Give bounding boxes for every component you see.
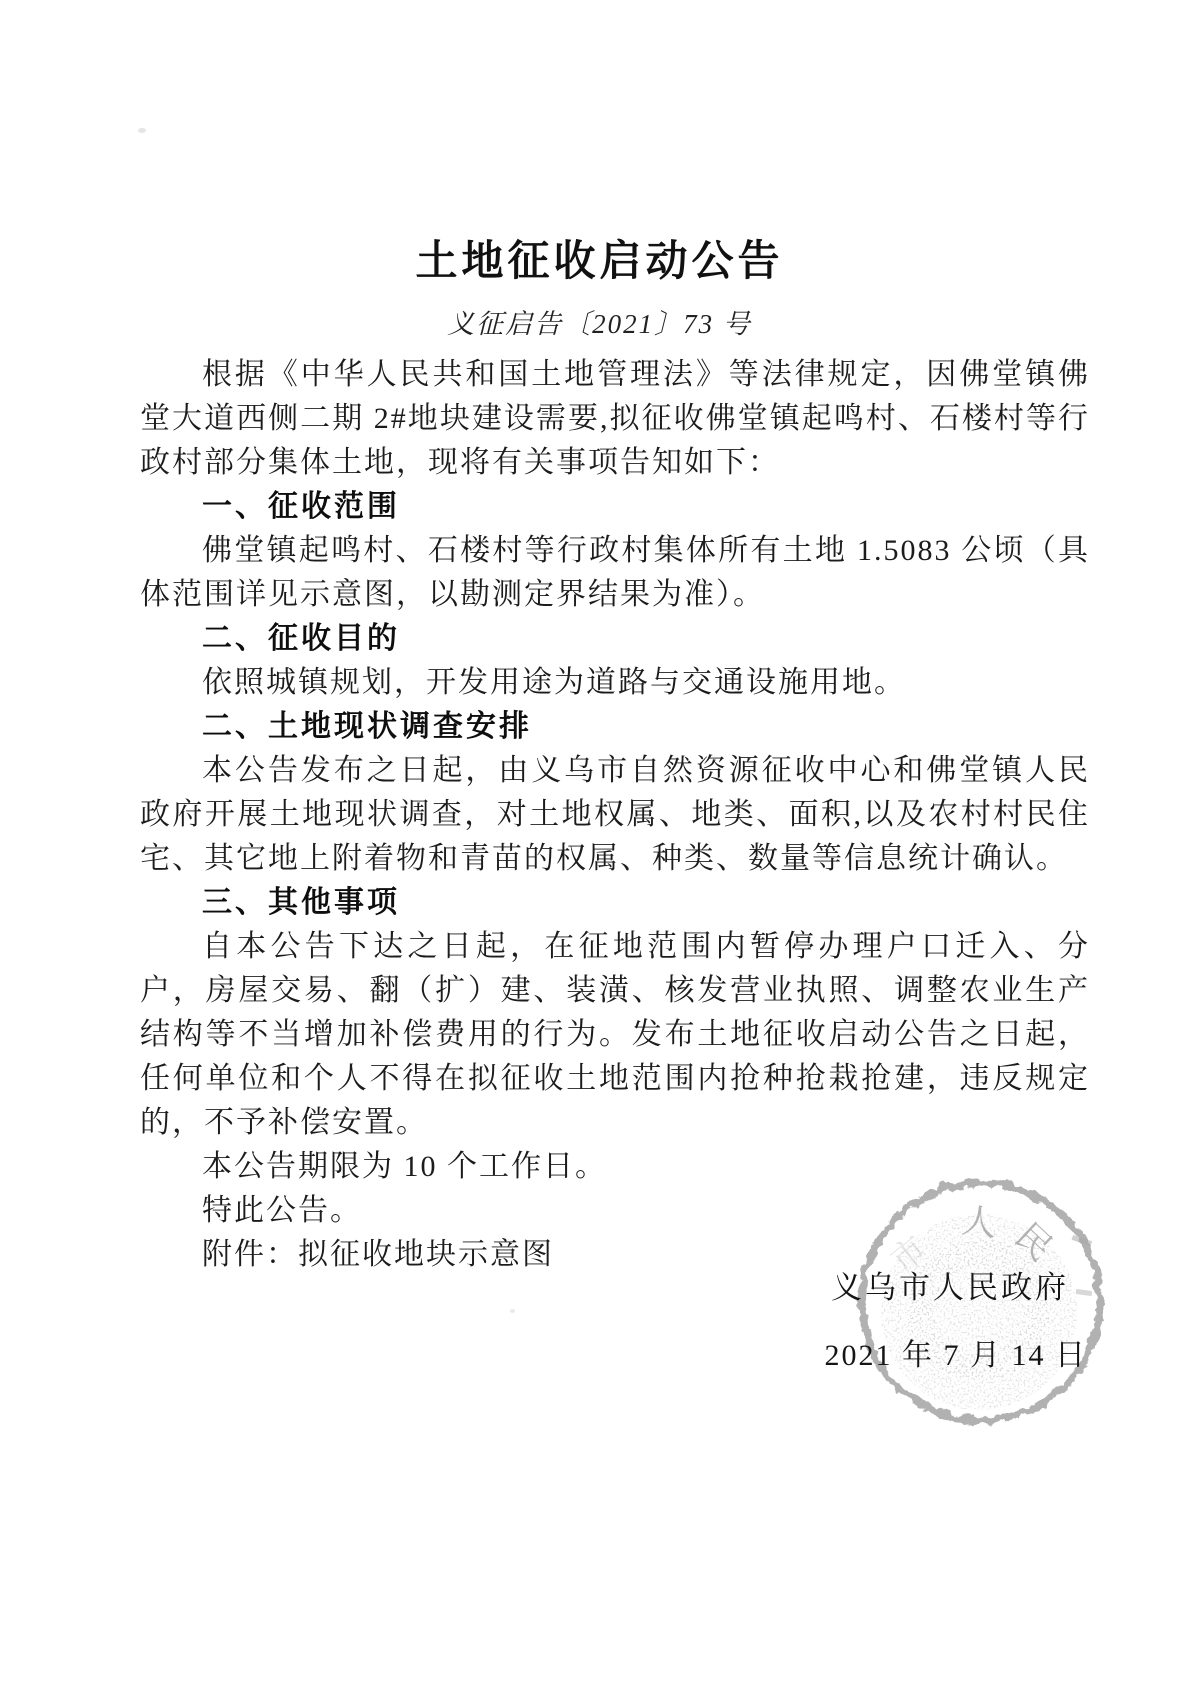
paragraph-other-matters: 自本公告下达之日起，在征地范围内暂停办理户口迁入、分户，房屋交易、翻（扩）建、装… — [140, 925, 1090, 1145]
paragraph-survey: 本公告发布之日起，由义乌市自然资源征收中心和佛堂镇人民政府开展土地现状调查，对土… — [140, 749, 1090, 881]
seal-arc-char-ren: 人 — [959, 1201, 999, 1244]
section-heading-2: 二、征收目的 — [140, 617, 1090, 661]
issue-date: 2021 年 7 月 14 日 — [825, 1330, 1088, 1374]
seal-smudge-2 — [1076, 1289, 1093, 1296]
document-number: 义征启告〔2021〕73 号 — [0, 307, 1199, 341]
section-heading-3: 二、土地现状调查安排 — [140, 705, 1090, 749]
document-page: 土地征收启动公告 义征启告〔2021〕73 号 根据《中华人民共和国土地管理法》… — [0, 0, 1199, 1696]
scan-speck — [510, 1309, 515, 1313]
document-body: 根据《中华人民共和国土地管理法》等法律规定，因佛堂镇佛堂大道西侧二期 2#地块建… — [140, 353, 1090, 1277]
section-heading-1: 一、征收范围 — [140, 485, 1090, 529]
issuer-signature: 义乌市人民政府 — [831, 1262, 1069, 1307]
scan-speck — [138, 128, 146, 133]
paragraph-purpose: 依照城镇规划，开发用途为道路与交通设施用地。 — [140, 661, 1090, 705]
page-title: 土地征收启动公告 — [0, 235, 1199, 287]
paragraph-intro: 根据《中华人民共和国土地管理法》等法律规定，因佛堂镇佛堂大道西侧二期 2#地块建… — [140, 353, 1090, 485]
section-heading-4: 三、其他事项 — [140, 881, 1090, 925]
paragraph-scope: 佛堂镇起鸣村、石楼村等行政村集体所有土地 1.5083 公顷（具体范围详见示意图… — [140, 529, 1090, 617]
